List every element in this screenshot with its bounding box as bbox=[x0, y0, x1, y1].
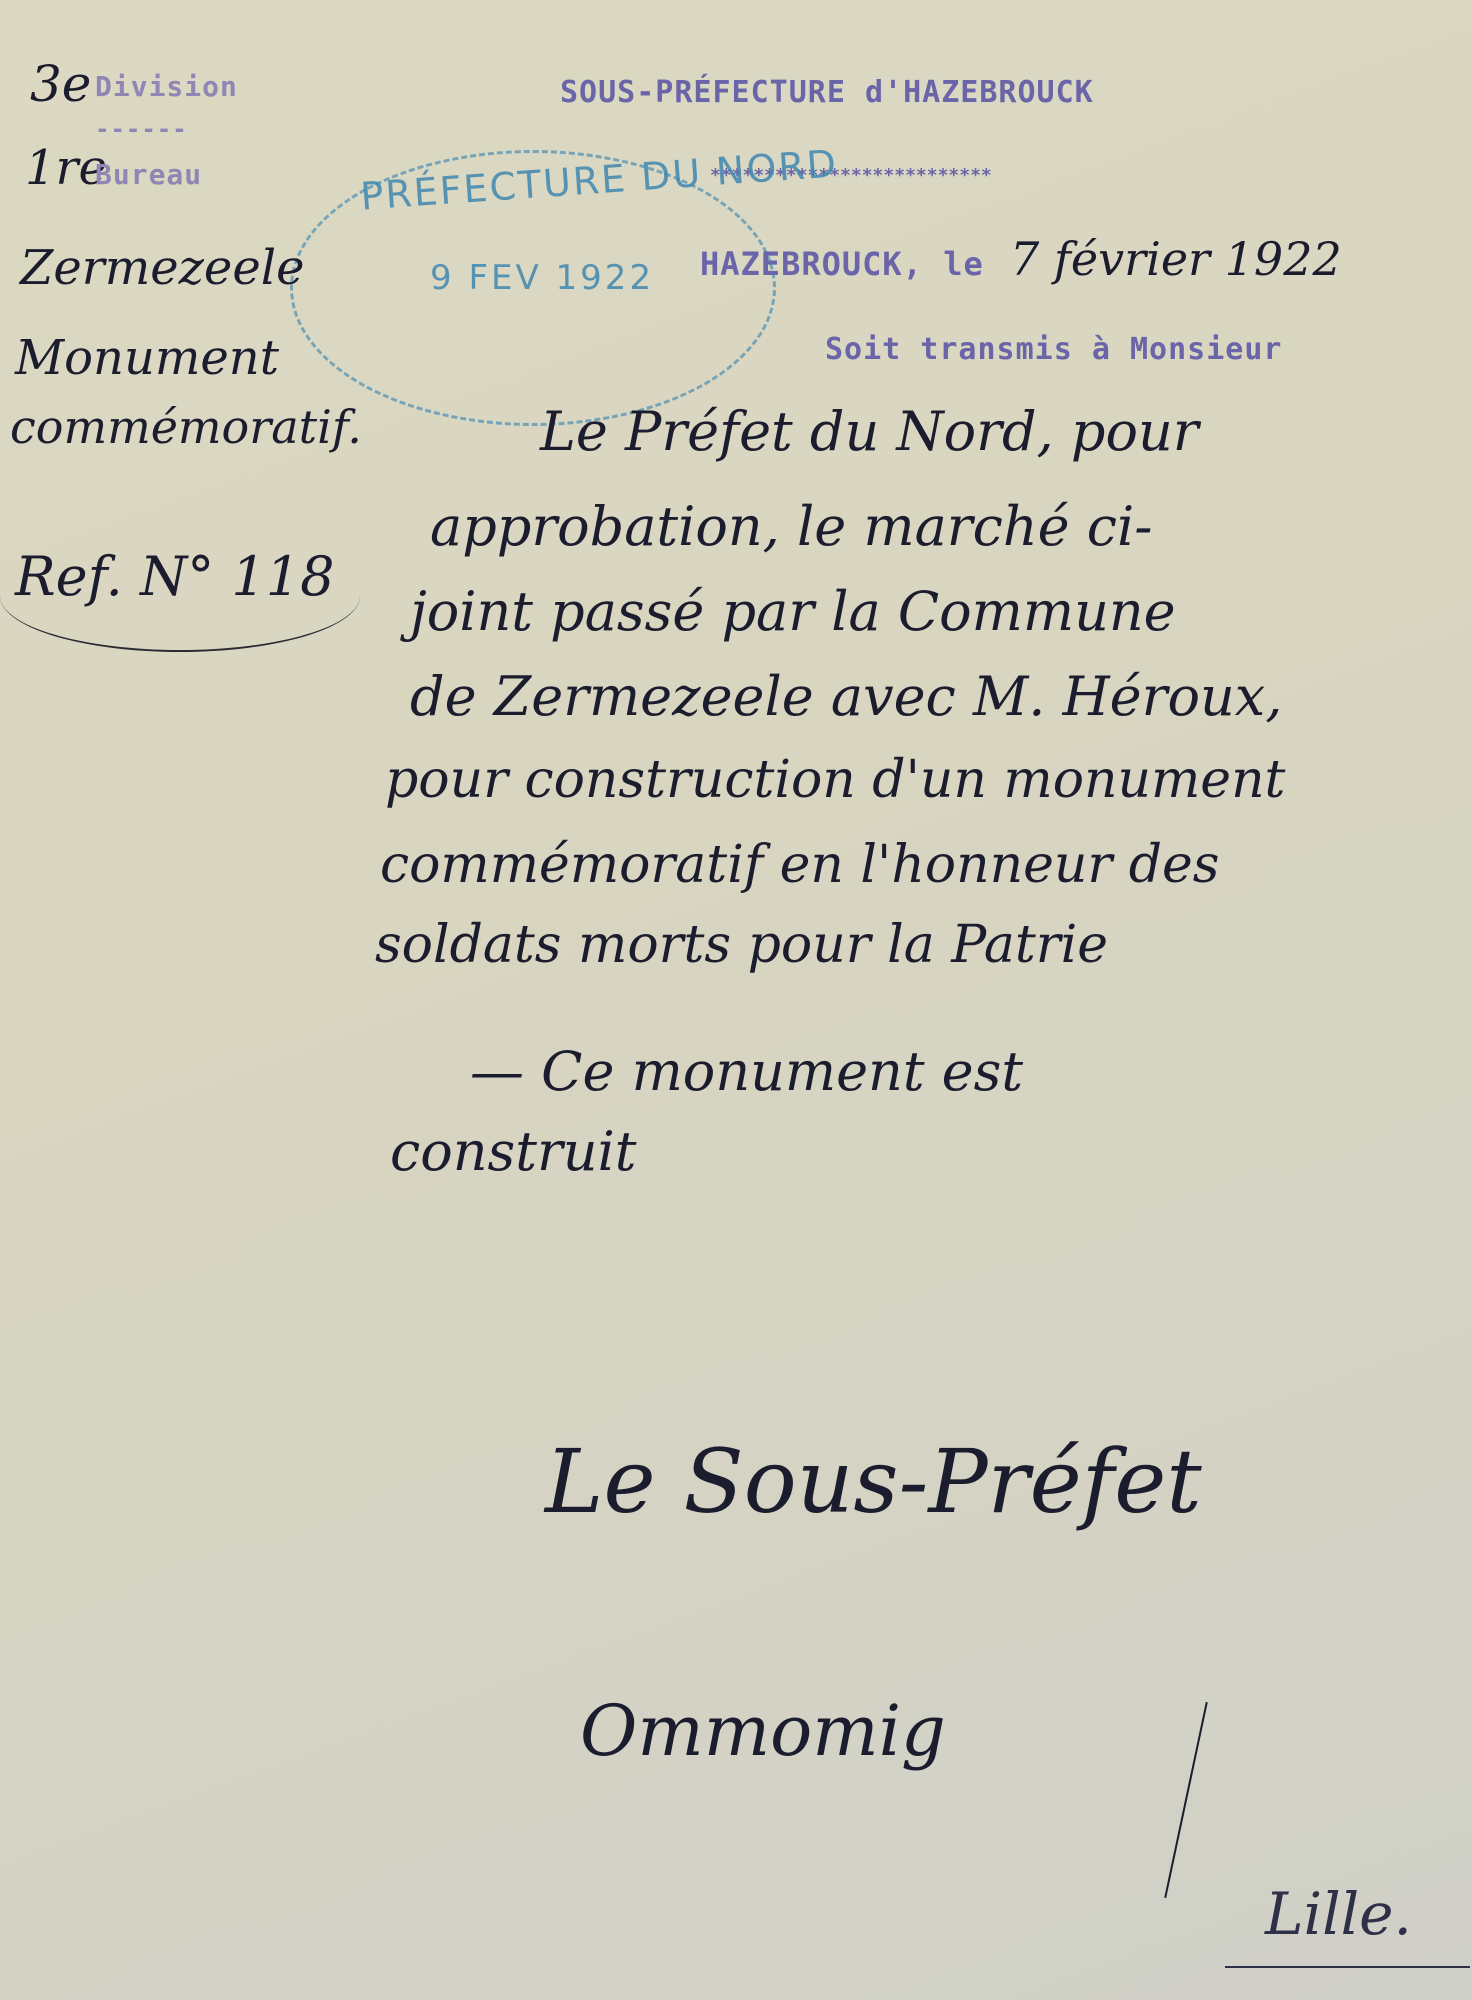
division-number: 3e bbox=[30, 55, 91, 113]
margin-subject-1: Monument bbox=[15, 330, 279, 386]
reference-arc bbox=[0, 540, 360, 652]
note-line-2: construit bbox=[390, 1120, 637, 1183]
margin-commune: Zermezeele bbox=[20, 240, 304, 296]
body-line-5: pour construction d'un monument bbox=[385, 750, 1285, 810]
date-handwritten: 7 février 1922 bbox=[1010, 232, 1342, 286]
stamp-date: 9 FEV 1922 bbox=[430, 258, 654, 298]
body-line-2: approbation, le marché ci- bbox=[430, 495, 1153, 558]
place-date: HAZEBROUCK, le bbox=[700, 245, 984, 283]
division-label: Division bbox=[95, 70, 238, 103]
signature: Ommomig bbox=[580, 1690, 946, 1772]
margin-subject-2: commémoratif. bbox=[10, 400, 362, 454]
division-separator: ------ bbox=[95, 115, 188, 143]
bureau-label: Bureau bbox=[95, 158, 202, 191]
office-title: SOUS-PRÉFECTURE d'HAZEBROUCK bbox=[560, 75, 1094, 110]
body-line-1: Le Préfet du Nord, pour bbox=[540, 400, 1199, 463]
signature-title: Le Sous-Préfet bbox=[545, 1430, 1202, 1533]
destination: Lille. bbox=[1265, 1880, 1412, 1948]
transmittal-line: Soit transmis à Monsieur bbox=[825, 332, 1282, 367]
destination-underline bbox=[1225, 1966, 1470, 1968]
body-line-3: joint passé par la Commune bbox=[410, 580, 1176, 643]
body-line-4: de Zermezeele avec M. Héroux, bbox=[410, 665, 1282, 728]
note-line-1: — Ce monument est bbox=[470, 1040, 1023, 1103]
body-line-6: commémoratif en l'honneur des bbox=[380, 835, 1220, 895]
body-line-7: soldats morts pour la Patrie bbox=[375, 915, 1108, 975]
